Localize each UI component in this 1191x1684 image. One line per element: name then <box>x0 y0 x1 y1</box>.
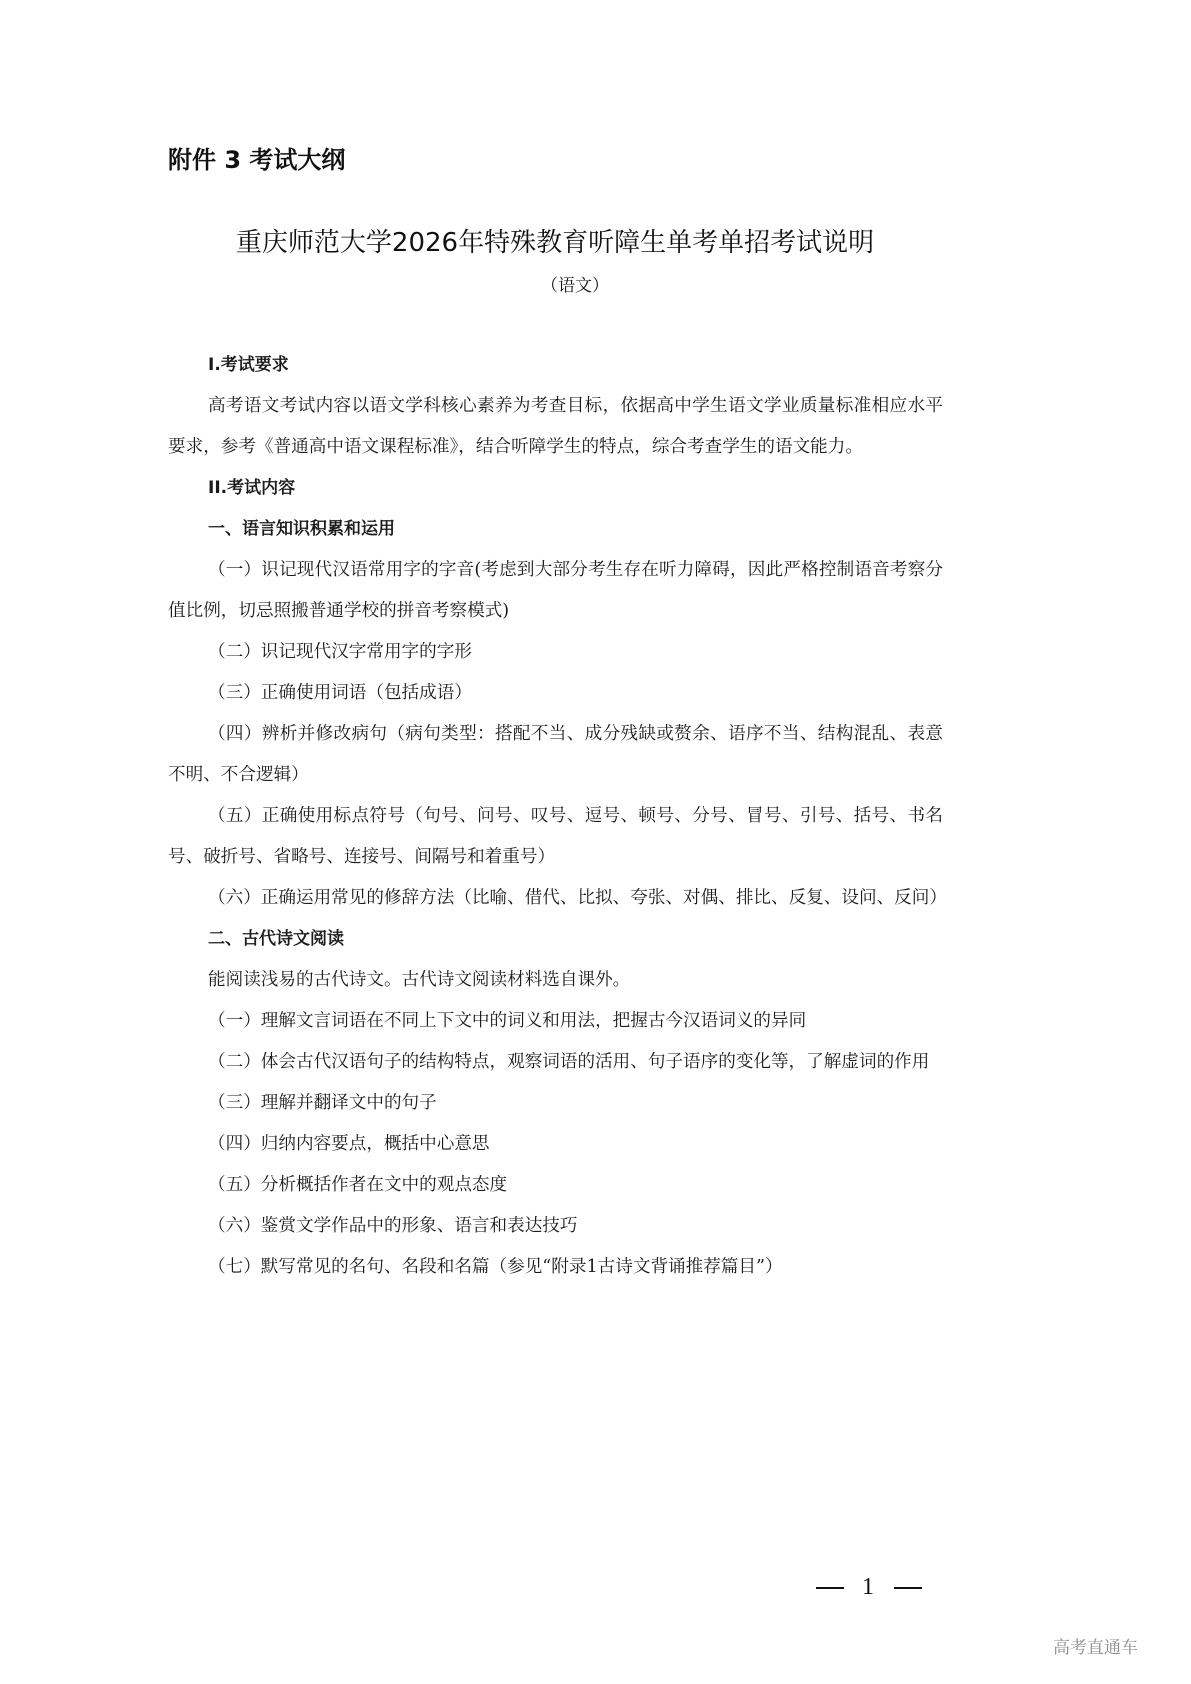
document-page: 附件 3 考试大纲 重庆师范大学2026年特殊教育听障生单考单招考试说明 （语文… <box>0 0 1191 1684</box>
list-item: （三）正确使用词语（包括成语） <box>168 673 943 714</box>
list-item: （四）辨析并修改病句（病句类型：搭配不当、成分残缺或赘余、语序不当、结构混乱、表… <box>168 714 943 796</box>
list-item: （七）默写常见的名句、名段和名篇（参见“附录1古诗文背诵推荐篇目”） <box>168 1247 943 1288</box>
list-item: （六）正确运用常见的修辞方法（比喻、借代、比拟、夸张、对偶、排比、反复、设问、反… <box>168 878 943 919</box>
document-body: I.考试要求 高考语文考试内容以语文学科核心素养为考查目标，依据高中学生语文学业… <box>168 345 943 1288</box>
list-item: （五）分析概括作者在文中的观点态度 <box>168 1165 943 1206</box>
part-heading-classical-reading: 二、古代诗文阅读 <box>168 919 943 960</box>
document-title: 重庆师范大学2026年特殊教育听障生单考单招考试说明 <box>0 222 1110 259</box>
watermark: 高考直通车 <box>1053 1633 1138 1658</box>
document-subtitle: （语文） <box>0 271 1150 296</box>
page-number: 1 <box>798 1574 940 1601</box>
list-item: （二）识记现代汉字常用字的字形 <box>168 632 943 673</box>
list-item: （三）理解并翻译文中的句子 <box>168 1083 943 1124</box>
list-item: （五）正确使用标点符号（句号、问号、叹号、逗号、顿号、分号、冒号、引号、括号、书… <box>168 796 943 878</box>
dash-right <box>894 1587 922 1589</box>
attachment-label: 附件 3 考试大纲 <box>168 140 345 175</box>
part-intro: 能阅读浅易的古代诗文。古代诗文阅读材料选自课外。 <box>168 960 943 1001</box>
list-item: （六）鉴赏文学作品中的形象、语言和表达技巧 <box>168 1206 943 1247</box>
dash-left <box>816 1587 844 1589</box>
list-item: （一）识记现代汉语常用字的字音(考虑到大部分考生存在听力障碍，因此严格控制语音考… <box>168 550 943 632</box>
page-number-value: 1 <box>862 1574 876 1600</box>
paragraph-exam-requirements: 高考语文考试内容以语文学科核心素养为考查目标，依据高中学生语文学业质量标准相应水… <box>168 386 943 468</box>
section-heading-exam-requirements: I.考试要求 <box>168 345 943 386</box>
list-item: （二）体会古代汉语句子的结构特点，观察词语的活用、句子语序的变化等，了解虚词的作… <box>168 1042 943 1083</box>
part-heading-language-knowledge: 一、语言知识积累和运用 <box>168 509 943 550</box>
list-item: （四）归纳内容要点，概括中心意思 <box>168 1124 943 1165</box>
section-heading-exam-content: II.考试内容 <box>168 468 943 509</box>
list-item: （一）理解文言词语在不同上下文中的词义和用法，把握古今汉语词义的异同 <box>168 1001 943 1042</box>
